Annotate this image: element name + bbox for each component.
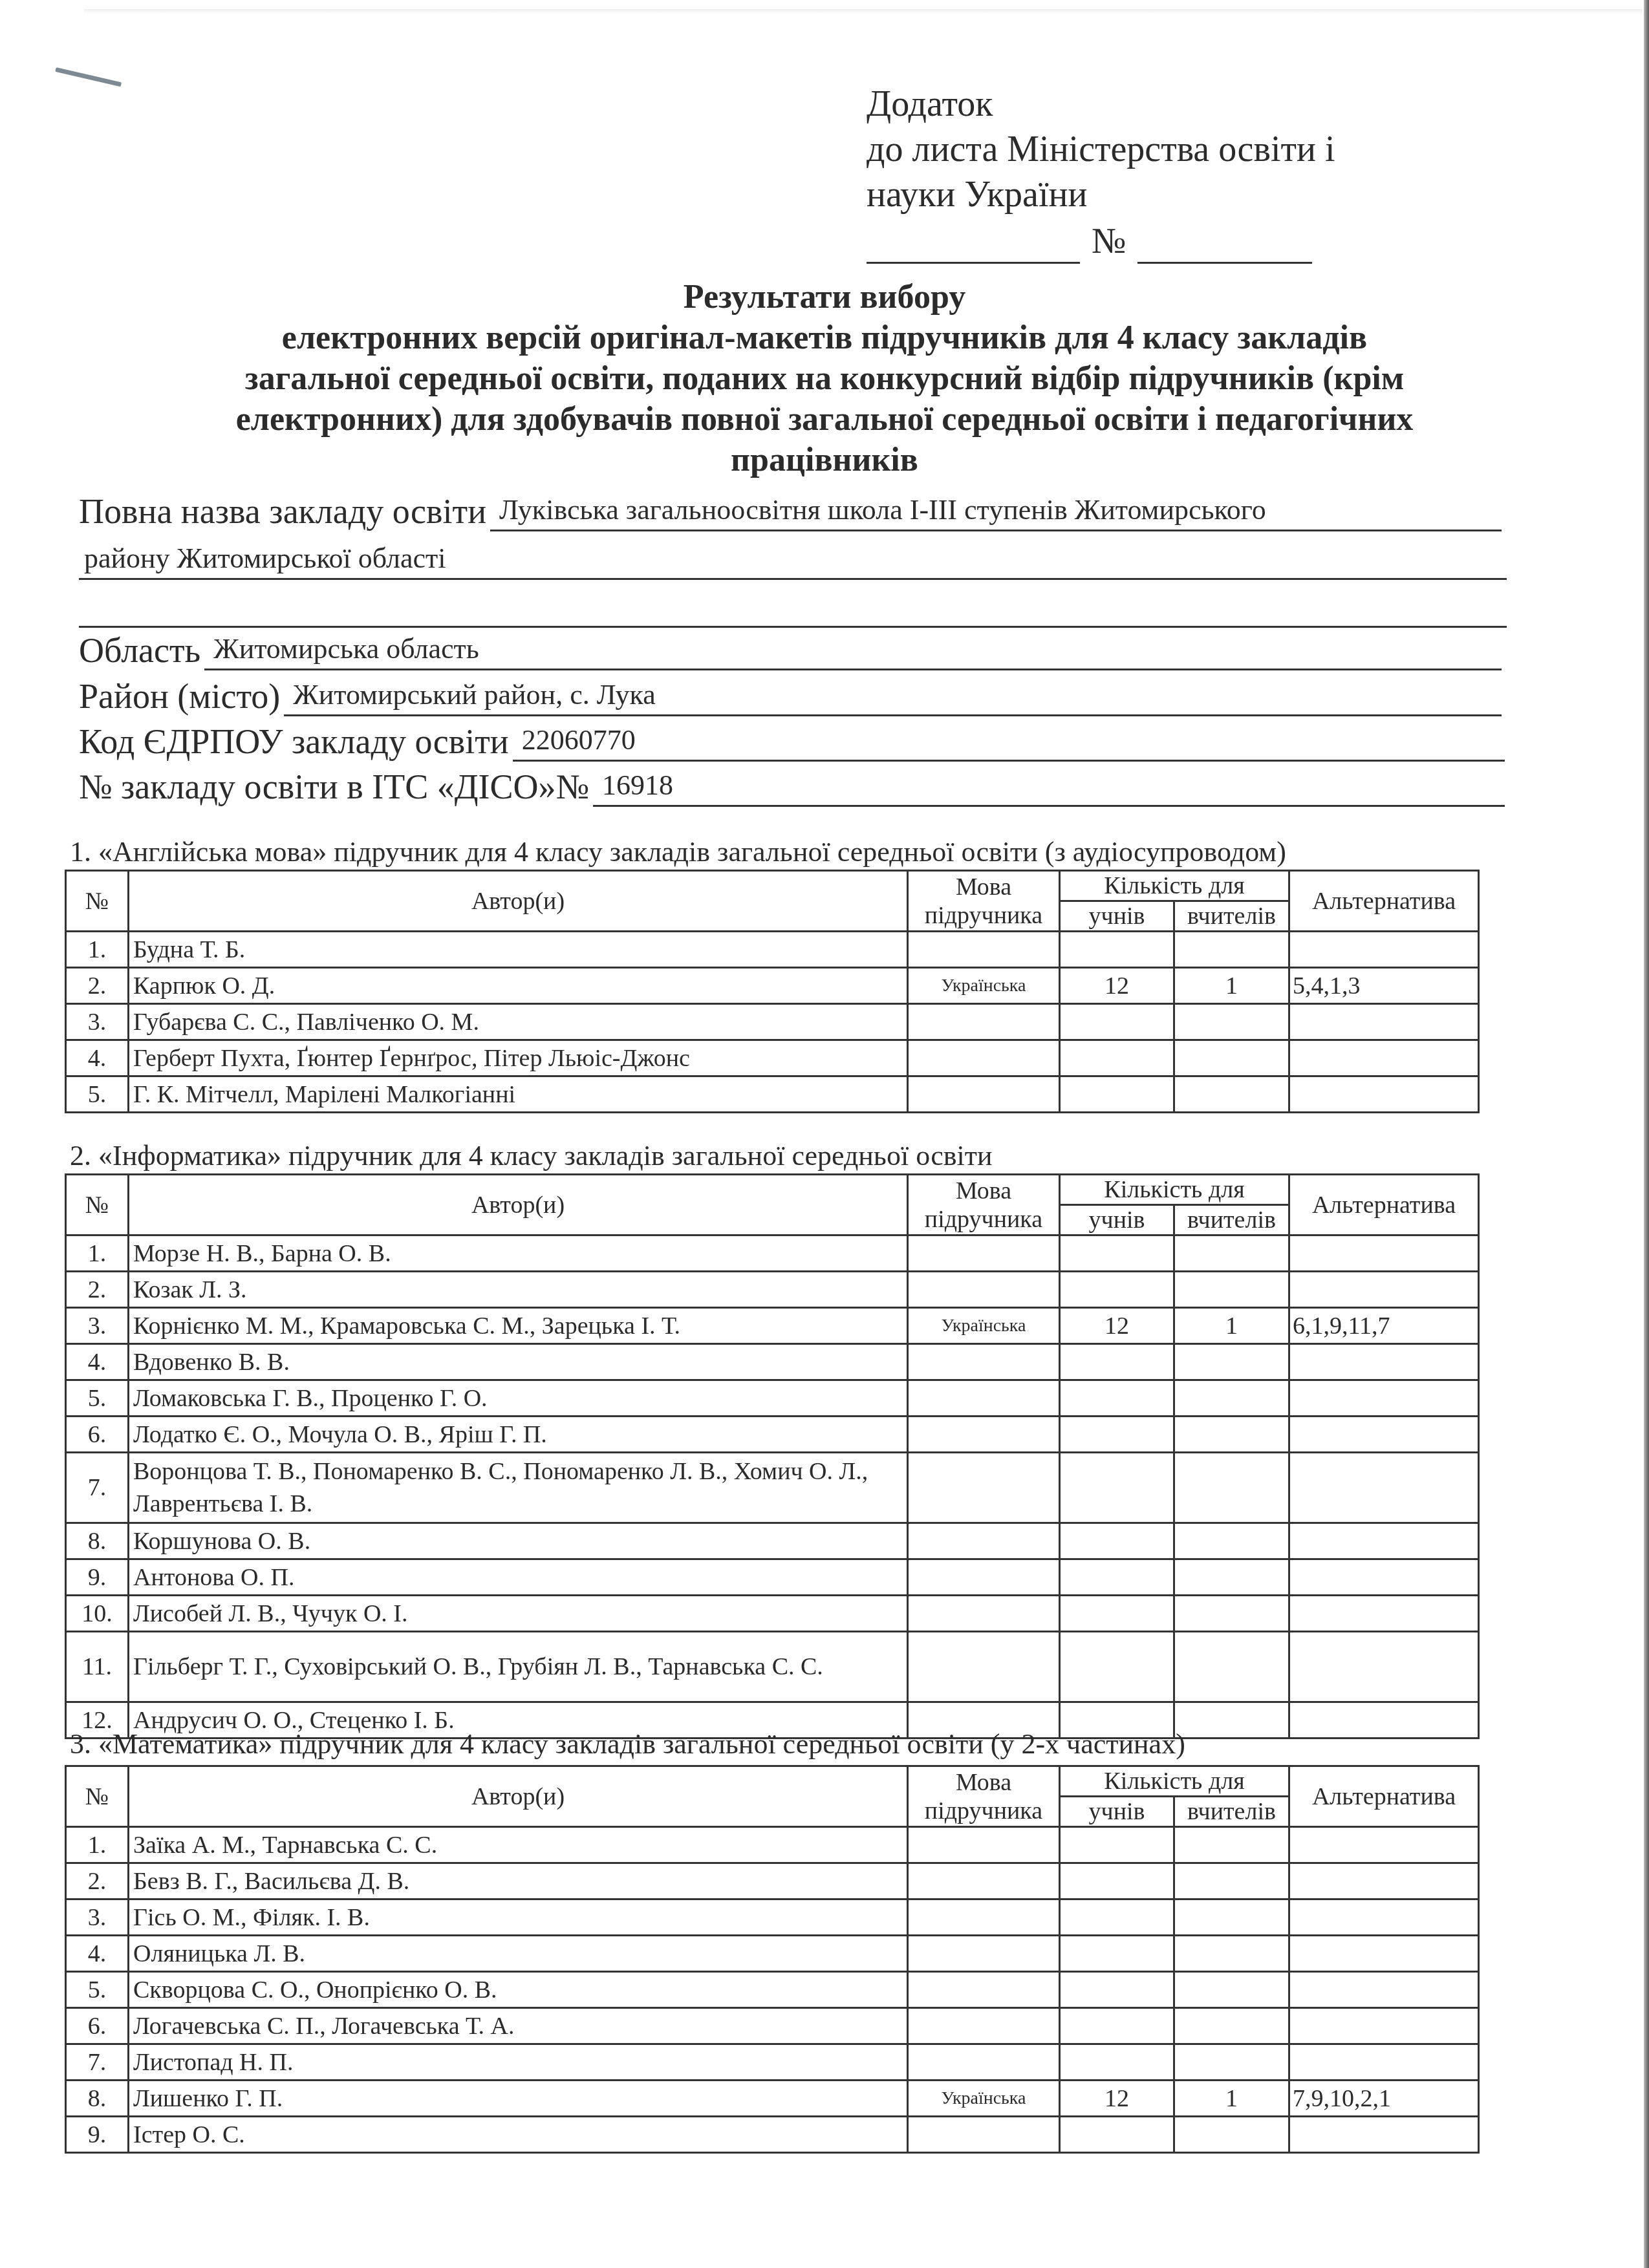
row-authors: Воронцова Т. В., Пономаренко В. С., Поно… bbox=[129, 1453, 908, 1523]
header-alternative: Альтернатива bbox=[1289, 1766, 1479, 1827]
row-teachers bbox=[1174, 1004, 1289, 1040]
row-students bbox=[1060, 1899, 1174, 1936]
row-teachers bbox=[1174, 1899, 1289, 1936]
row-authors: Логачевська С. П., Логачевська Т. А. bbox=[129, 2008, 908, 2044]
table-row: 7.Воронцова Т. В., Пономаренко В. С., По… bbox=[66, 1453, 1479, 1523]
row-language bbox=[908, 1936, 1060, 1972]
row-language bbox=[908, 1972, 1060, 2008]
row-teachers bbox=[1174, 2117, 1289, 2153]
row-language bbox=[908, 1863, 1060, 1899]
title-line: працівників bbox=[71, 440, 1578, 480]
table-row: 1.Будна Т. Б. bbox=[66, 932, 1479, 968]
row-students bbox=[1060, 1559, 1174, 1596]
header-num: № bbox=[66, 1175, 129, 1236]
row-students bbox=[1060, 1272, 1174, 1308]
row-num: 5. bbox=[66, 1076, 129, 1113]
region-label: Область bbox=[79, 630, 200, 670]
row-authors: Заїка А. М., Тарнавська С. С. bbox=[129, 1827, 908, 1863]
row-alternative: 5,4,1,3 bbox=[1289, 968, 1479, 1004]
table-header-row: №Автор(и)Мова підручникаКількість дляАль… bbox=[66, 1766, 1479, 1797]
row-alternative bbox=[1289, 1344, 1479, 1380]
header-language: Мова підручника bbox=[908, 1766, 1060, 1827]
title-line: загальної середньої освіти, поданих на к… bbox=[71, 358, 1578, 399]
row-authors: Герберт Пухта, Ґюнтер Ґернґрос, Пітер Ль… bbox=[129, 1040, 908, 1076]
row-alternative bbox=[1289, 1380, 1479, 1417]
row-language bbox=[908, 1040, 1060, 1076]
header-language: Мова підручника bbox=[908, 1175, 1060, 1236]
row-teachers bbox=[1174, 1380, 1289, 1417]
region-value: Житомирська область bbox=[204, 631, 1502, 670]
row-alternative bbox=[1289, 1453, 1479, 1523]
header-authors: Автор(и) bbox=[129, 871, 908, 932]
row-authors: Листопад Н. П. bbox=[129, 2044, 908, 2081]
row-authors: Козак Л. З. bbox=[129, 1272, 908, 1308]
title-line: Результати вибору bbox=[71, 277, 1578, 317]
header-students: учнів bbox=[1060, 1205, 1174, 1236]
row-num: 2. bbox=[66, 1863, 129, 1899]
row-students bbox=[1060, 1453, 1174, 1523]
edrpou-field: Код ЄДРПОУ закладу освіти 22060770 bbox=[79, 722, 1505, 762]
row-alternative bbox=[1289, 1417, 1479, 1453]
row-alternative bbox=[1289, 1632, 1479, 1702]
row-students bbox=[1060, 1972, 1174, 2008]
table-row: 4.Оляницька Л. В. bbox=[66, 1936, 1479, 1972]
appendix-header: Додаток до листа Міністерства освіти і н… bbox=[867, 81, 1335, 264]
header-quantity: Кількість для bbox=[1060, 1766, 1289, 1797]
row-teachers: 1 bbox=[1174, 968, 1289, 1004]
row-teachers bbox=[1174, 1863, 1289, 1899]
table-row: 3.Гісь О. М., Філяк. І. В. bbox=[66, 1899, 1479, 1936]
row-students bbox=[1060, 1380, 1174, 1417]
appendix-line: до листа Міністерства освіти і bbox=[867, 127, 1335, 172]
row-teachers bbox=[1174, 1272, 1289, 1308]
header-students: учнів bbox=[1060, 1797, 1174, 1827]
row-num: 7. bbox=[66, 2044, 129, 2081]
number-sign: № bbox=[1092, 219, 1126, 264]
row-num: 2. bbox=[66, 968, 129, 1004]
row-num: 11. bbox=[66, 1632, 129, 1702]
row-language bbox=[908, 2008, 1060, 2044]
header-authors: Автор(и) bbox=[129, 1766, 908, 1827]
row-authors: Істер О. С. bbox=[129, 2117, 908, 2153]
row-teachers bbox=[1174, 1040, 1289, 1076]
row-students: 12 bbox=[1060, 2081, 1174, 2117]
row-students bbox=[1060, 1863, 1174, 1899]
row-students bbox=[1060, 1004, 1174, 1040]
row-teachers bbox=[1174, 1827, 1289, 1863]
row-teachers bbox=[1174, 1596, 1289, 1632]
row-language bbox=[908, 2044, 1060, 2081]
row-num: 1. bbox=[66, 932, 129, 968]
header-language: Мова підручника bbox=[908, 871, 1060, 932]
header-teachers: вчителів bbox=[1174, 901, 1289, 932]
row-language bbox=[908, 1899, 1060, 1936]
row-authors: Будна Т. Б. bbox=[129, 932, 908, 968]
table-row: 8.Лишенко Г. П.Українська1217,9,10,2,1 bbox=[66, 2081, 1479, 2117]
row-authors: Вдовенко В. В. bbox=[129, 1344, 908, 1380]
section-title: 2. «Інформатика» підручник для 4 класу з… bbox=[70, 1139, 993, 1172]
row-students bbox=[1060, 2044, 1174, 2081]
row-students bbox=[1060, 1596, 1174, 1632]
its-value: 16918 bbox=[593, 767, 1505, 807]
row-students bbox=[1060, 1040, 1174, 1076]
staple-mark-icon bbox=[55, 67, 122, 87]
row-language bbox=[908, 1380, 1060, 1417]
row-students bbox=[1060, 2008, 1174, 2044]
row-num: 6. bbox=[66, 2008, 129, 2044]
row-language bbox=[908, 1417, 1060, 1453]
row-alternative: 6,1,9,11,7 bbox=[1289, 1308, 1479, 1344]
row-teachers bbox=[1174, 1632, 1289, 1702]
row-authors: Скворцова С. О., Онопрієнко О. В. bbox=[129, 1972, 908, 2008]
row-authors: Коршунова О. В. bbox=[129, 1523, 908, 1559]
letter-number-blank bbox=[1137, 230, 1312, 264]
row-num: 5. bbox=[66, 1972, 129, 2008]
appendix-line: науки України bbox=[867, 172, 1335, 217]
row-authors: Лодатко Є. О., Мочула О. В., Яріш Г. П. bbox=[129, 1417, 908, 1453]
full-name-value-line3 bbox=[79, 588, 1507, 628]
row-teachers bbox=[1174, 1344, 1289, 1380]
row-students: 12 bbox=[1060, 968, 1174, 1004]
row-authors: Ломаковська Г. В., Проценко Г. О. bbox=[129, 1380, 908, 1417]
table-row: 9.Антонова О. П. bbox=[66, 1559, 1479, 1596]
row-num: 1. bbox=[66, 1827, 129, 1863]
letter-number-line: № bbox=[867, 219, 1335, 264]
table-row: 1.Заїка А. М., Тарнавська С. С. bbox=[66, 1827, 1479, 1863]
row-language bbox=[908, 1559, 1060, 1596]
row-students bbox=[1060, 932, 1174, 968]
row-num: 3. bbox=[66, 1899, 129, 1936]
full-name-label: Повна назва закладу освіти bbox=[79, 491, 486, 531]
row-alternative bbox=[1289, 1040, 1479, 1076]
row-authors: Г. К. Мітчелл, Марілені Малкогіанні bbox=[129, 1076, 908, 1113]
row-students bbox=[1060, 1417, 1174, 1453]
document-title: Результати вибору електронних версій ори… bbox=[71, 277, 1578, 480]
header-alternative: Альтернатива bbox=[1289, 1175, 1479, 1236]
district-field: Район (місто) Житомирський район, с. Лук… bbox=[79, 676, 1502, 716]
appendix-line: Додаток bbox=[867, 81, 1335, 127]
district-label: Район (місто) bbox=[79, 676, 280, 716]
scan-edge bbox=[1644, 0, 1649, 2268]
row-num: 4. bbox=[66, 1040, 129, 1076]
table-row: 5.Ломаковська Г. В., Проценко Г. О. bbox=[66, 1380, 1479, 1417]
row-authors: Корнієнко М. М., Крамаровська С. М., Зар… bbox=[129, 1308, 908, 1344]
header-students: учнів bbox=[1060, 901, 1174, 932]
row-language bbox=[908, 1344, 1060, 1380]
row-teachers bbox=[1174, 2008, 1289, 2044]
row-language bbox=[908, 1596, 1060, 1632]
row-authors: Лисобей Л. В., Чучук О. І. bbox=[129, 1596, 908, 1632]
row-language: Українська bbox=[908, 2081, 1060, 2117]
its-label: № закладу освіти в ІТС «ДІСО»№ bbox=[79, 767, 589, 807]
row-num: 5. bbox=[66, 1380, 129, 1417]
header-quantity: Кількість для bbox=[1060, 1175, 1289, 1205]
row-language bbox=[908, 1632, 1060, 1702]
row-language bbox=[908, 1827, 1060, 1863]
table-row: 2.Карпюк О. Д.Українська1215,4,1,3 bbox=[66, 968, 1479, 1004]
full-name-value: Луківська загальноосвітня школа І-ІІІ ст… bbox=[490, 492, 1502, 531]
row-authors: Гільберг Т. Г., Суховірський О. В., Груб… bbox=[129, 1632, 908, 1702]
row-students bbox=[1060, 2117, 1174, 2153]
row-num: 10. bbox=[66, 1596, 129, 1632]
row-alternative bbox=[1289, 1596, 1479, 1632]
row-authors: Гісь О. М., Філяк. І. В. bbox=[129, 1899, 908, 1936]
row-num: 1. bbox=[66, 1236, 129, 1272]
row-authors: Морзе Н. В., Барна О. В. bbox=[129, 1236, 908, 1272]
row-students bbox=[1060, 1236, 1174, 1272]
row-alternative bbox=[1289, 1076, 1479, 1113]
table-row: 4.Герберт Пухта, Ґюнтер Ґернґрос, Пітер … bbox=[66, 1040, 1479, 1076]
row-num: 8. bbox=[66, 1523, 129, 1559]
row-alternative bbox=[1289, 1936, 1479, 1972]
district-value: Житомирський район, с. Лука bbox=[284, 677, 1502, 716]
region-field: Область Житомирська область bbox=[79, 630, 1502, 670]
row-students bbox=[1060, 1936, 1174, 1972]
row-teachers bbox=[1174, 1076, 1289, 1113]
row-authors: Антонова О. П. bbox=[129, 1559, 908, 1596]
row-authors: Бевз В. Г., Васильєва Д. В. bbox=[129, 1863, 908, 1899]
table-row: 3.Корнієнко М. М., Крамаровська С. М., З… bbox=[66, 1308, 1479, 1344]
row-language: Українська bbox=[908, 968, 1060, 1004]
edrpou-label: Код ЄДРПОУ закладу освіти bbox=[79, 722, 509, 762]
row-num: 3. bbox=[66, 1308, 129, 1344]
table-row: 3.Губарєва С. С., Павліченко О. М. bbox=[66, 1004, 1479, 1040]
table-row: 6.Логачевська С. П., Логачевська Т. А. bbox=[66, 2008, 1479, 2044]
row-num: 8. bbox=[66, 2081, 129, 2117]
row-students: 12 bbox=[1060, 1308, 1174, 1344]
row-num: 2. bbox=[66, 1272, 129, 1308]
row-teachers bbox=[1174, 1236, 1289, 1272]
row-teachers bbox=[1174, 2044, 1289, 2081]
header-teachers: вчителів bbox=[1174, 1797, 1289, 1827]
row-teachers: 1 bbox=[1174, 2081, 1289, 2117]
row-language bbox=[908, 1004, 1060, 1040]
header-num: № bbox=[66, 871, 129, 932]
table-row: 2.Бевз В. Г., Васильєва Д. В. bbox=[66, 1863, 1479, 1899]
header-alternative: Альтернатива bbox=[1289, 871, 1479, 932]
edrpou-value: 22060770 bbox=[513, 722, 1505, 762]
row-alternative bbox=[1289, 2044, 1479, 2081]
row-language bbox=[908, 1523, 1060, 1559]
textbook-table: №Автор(и)Мова підручникаКількість дляАль… bbox=[65, 1173, 1480, 1739]
table-row: 8.Коршунова О. В. bbox=[66, 1523, 1479, 1559]
table-row: 11.Гільберг Т. Г., Суховірський О. В., Г… bbox=[66, 1632, 1479, 1702]
row-students bbox=[1060, 1827, 1174, 1863]
row-alternative: 7,9,10,2,1 bbox=[1289, 2081, 1479, 2117]
row-num: 9. bbox=[66, 1559, 129, 1596]
row-num: 4. bbox=[66, 1936, 129, 1972]
row-alternative bbox=[1289, 932, 1479, 968]
row-alternative bbox=[1289, 1004, 1479, 1040]
scan-shadow bbox=[84, 9, 1643, 14]
section-title: 1. «Англійська мова» підручник для 4 кла… bbox=[70, 835, 1286, 868]
table-header-row: №Автор(и)Мова підручникаКількість дляАль… bbox=[66, 1175, 1479, 1205]
row-alternative bbox=[1289, 2008, 1479, 2044]
header-num: № bbox=[66, 1766, 129, 1827]
row-teachers bbox=[1174, 1559, 1289, 1596]
table-row: 7.Листопад Н. П. bbox=[66, 2044, 1479, 2081]
textbook-table: №Автор(и)Мова підручникаКількість дляАль… bbox=[65, 1765, 1480, 2154]
row-alternative bbox=[1289, 2117, 1479, 2153]
row-alternative bbox=[1289, 1972, 1479, 2008]
table-row: 9.Істер О. С. bbox=[66, 2117, 1479, 2153]
row-num: 9. bbox=[66, 2117, 129, 2153]
row-authors: Карпюк О. Д. bbox=[129, 968, 908, 1004]
row-students bbox=[1060, 1076, 1174, 1113]
table-row: 1.Морзе Н. В., Барна О. В. bbox=[66, 1236, 1479, 1272]
title-line: електронних) для здобувачів повної загал… bbox=[71, 399, 1578, 440]
row-alternative bbox=[1289, 1523, 1479, 1559]
row-teachers bbox=[1174, 1936, 1289, 1972]
row-language bbox=[908, 1236, 1060, 1272]
row-students bbox=[1060, 1344, 1174, 1380]
row-alternative bbox=[1289, 1559, 1479, 1596]
table-row: 2.Козак Л. З. bbox=[66, 1272, 1479, 1308]
section-title: 3. «Математика» підручник для 4 класу за… bbox=[70, 1728, 1185, 1760]
row-language bbox=[908, 1272, 1060, 1308]
full-name-value-line2: району Житомирської області bbox=[79, 540, 1507, 580]
header-teachers: вчителів bbox=[1174, 1205, 1289, 1236]
row-num: 4. bbox=[66, 1344, 129, 1380]
row-teachers bbox=[1174, 1453, 1289, 1523]
table-row: 5.Г. К. Мітчелл, Марілені Малкогіанні bbox=[66, 1076, 1479, 1113]
title-line: електронних версій оригінал-макетів підр… bbox=[71, 317, 1578, 358]
full-name-field: Повна назва закладу освіти Луківська заг… bbox=[79, 491, 1502, 531]
row-language: Українська bbox=[908, 1308, 1060, 1344]
table-row: 10.Лисобей Л. В., Чучук О. І. bbox=[66, 1596, 1479, 1632]
row-num: 3. bbox=[66, 1004, 129, 1040]
row-alternative bbox=[1289, 1236, 1479, 1272]
row-language bbox=[908, 1453, 1060, 1523]
row-teachers bbox=[1174, 1417, 1289, 1453]
textbook-table: №Автор(и)Мова підручникаКількість дляАль… bbox=[65, 870, 1480, 1113]
row-authors: Оляницька Л. В. bbox=[129, 1936, 908, 1972]
row-language bbox=[908, 2117, 1060, 2153]
row-students bbox=[1060, 1523, 1174, 1559]
table-header-row: №Автор(и)Мова підручникаКількість дляАль… bbox=[66, 871, 1479, 901]
row-teachers bbox=[1174, 1702, 1289, 1738]
row-alternative bbox=[1289, 1899, 1479, 1936]
letter-date-blank bbox=[867, 230, 1080, 264]
table-row: 6.Лодатко Є. О., Мочула О. В., Яріш Г. П… bbox=[66, 1417, 1479, 1453]
row-teachers: 1 bbox=[1174, 1308, 1289, 1344]
row-alternative bbox=[1289, 1272, 1479, 1308]
table-row: 5.Скворцова С. О., Онопрієнко О. В. bbox=[66, 1972, 1479, 2008]
row-teachers bbox=[1174, 1972, 1289, 2008]
row-num: 7. bbox=[66, 1453, 129, 1523]
row-alternative bbox=[1289, 1702, 1479, 1738]
header-authors: Автор(и) bbox=[129, 1175, 908, 1236]
its-field: № закладу освіти в ІТС «ДІСО»№ 16918 bbox=[79, 767, 1505, 807]
row-alternative bbox=[1289, 1827, 1479, 1863]
table-row: 4.Вдовенко В. В. bbox=[66, 1344, 1479, 1380]
row-teachers bbox=[1174, 932, 1289, 968]
row-authors: Губарєва С. С., Павліченко О. М. bbox=[129, 1004, 908, 1040]
row-authors: Лишенко Г. П. bbox=[129, 2081, 908, 2117]
header-quantity: Кількість для bbox=[1060, 871, 1289, 901]
row-language bbox=[908, 1076, 1060, 1113]
row-alternative bbox=[1289, 1863, 1479, 1899]
row-language bbox=[908, 932, 1060, 968]
row-teachers bbox=[1174, 1523, 1289, 1559]
row-students bbox=[1060, 1632, 1174, 1702]
row-num: 6. bbox=[66, 1417, 129, 1453]
